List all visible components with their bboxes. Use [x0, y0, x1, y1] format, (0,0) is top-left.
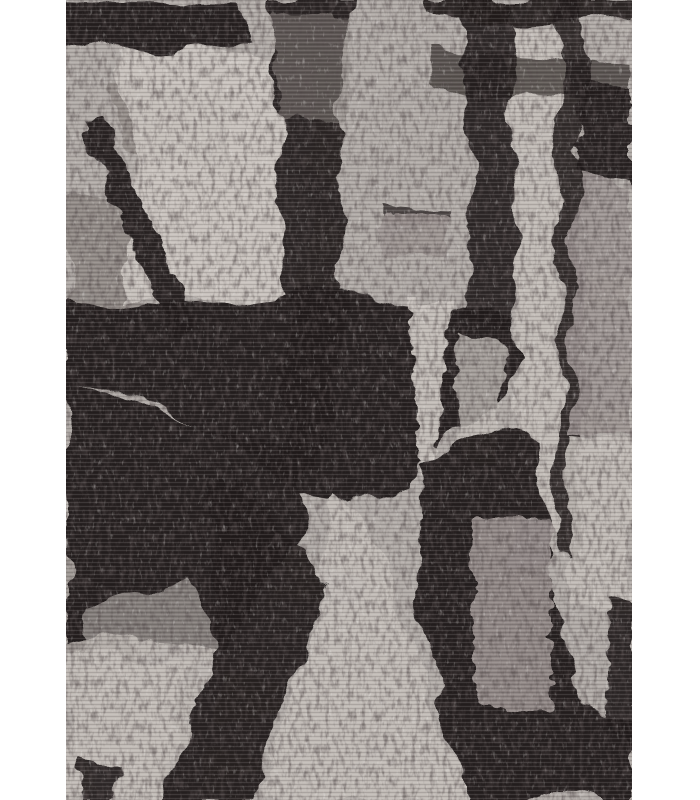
product-photo-page [0, 0, 700, 800]
weave-rib-texture [66, 0, 632, 800]
rug-canvas [66, 0, 632, 800]
rug-product-photo [66, 0, 632, 800]
